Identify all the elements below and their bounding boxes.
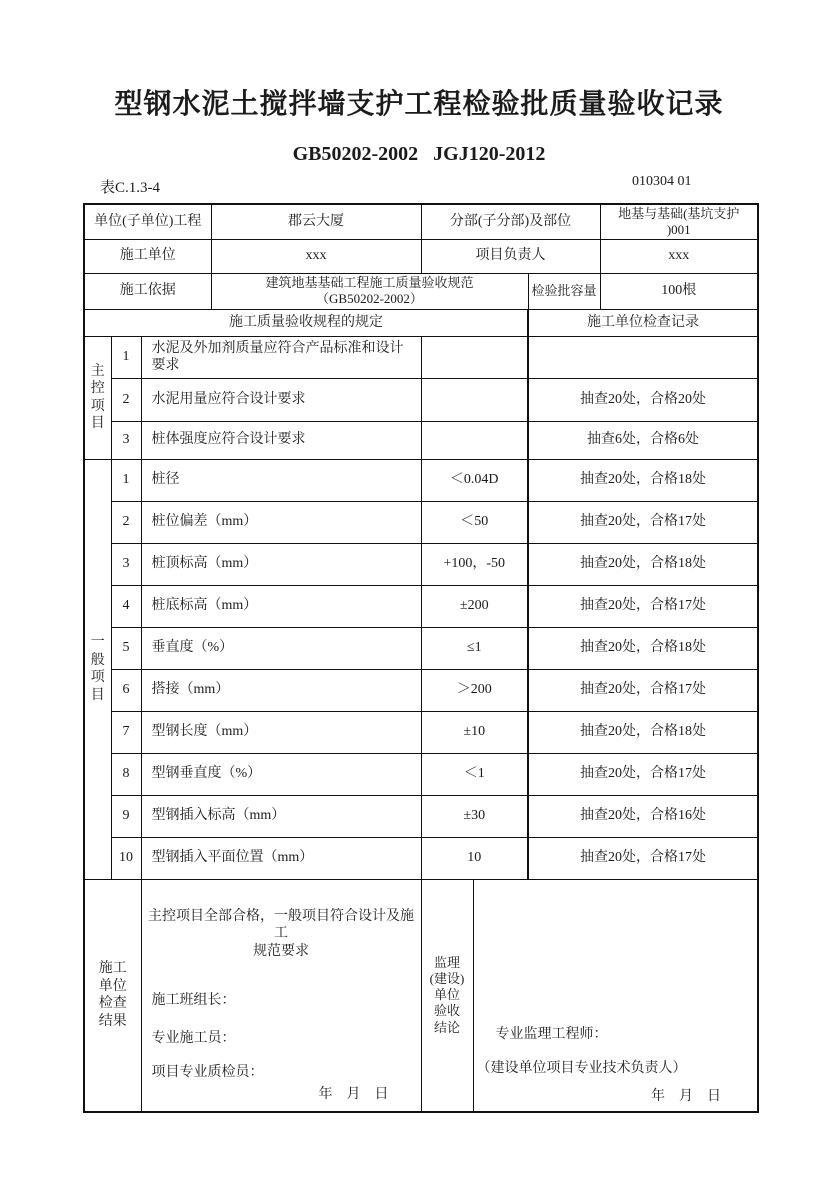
general-item-row: 5 垂直度（%） ≤1 抽查20处，合格18处 [84, 627, 758, 669]
inspection-record-table: 单位(子单位)工程 郡云大厦 分部(子分部)及部位 地基与基础(基坑支护 )00… [83, 203, 759, 1113]
footer-row: 施工 单位 检查 结果 主控项目全部合格，一般项目符合设计及施工 规范要求 施工… [84, 879, 758, 1112]
sign-tech-note: （建设单位项目专业技术负责人） [477, 1060, 687, 1078]
general-items-group-label: 一 般 项 目 [84, 459, 111, 879]
item-no: 7 [111, 711, 141, 753]
general-item-row: 一 般 项 目 1 桩径 ＜0.04D 抽查20处，合格18处 [84, 459, 758, 501]
item-text: 搭接（mm） [141, 669, 421, 711]
item-record: 抽查20处，合格18处 [528, 459, 758, 501]
manager-label: 项目负责人 [421, 239, 600, 273]
basis-label: 施工依据 [84, 273, 211, 309]
item-value: ±30 [421, 795, 528, 837]
item-text: 桩体强度应符合设计要求 [141, 421, 421, 459]
item-no: 9 [111, 795, 141, 837]
item-value: ＜0.04D [421, 459, 528, 501]
constructor-label: 施工单位 [84, 239, 211, 273]
item-no: 1 [111, 459, 141, 501]
item-value: ＜1 [421, 753, 528, 795]
item-no: 8 [111, 753, 141, 795]
item-value [421, 336, 528, 378]
item-text: 型钢垂直度（%） [141, 753, 421, 795]
main-item-row: 3 桩体强度应符合设计要求 抽查6处，合格6处 [84, 421, 758, 459]
document-page: 型钢水泥土搅拌墙支护工程检验批质量验收记录 GB50202-2002 JGJ12… [0, 0, 838, 1186]
item-no: 3 [111, 421, 141, 459]
item-value [421, 378, 528, 421]
item-no: 1 [111, 336, 141, 378]
item-record [528, 336, 758, 378]
sign-builder: 专业施工员： [152, 1030, 236, 1048]
basis-value: 建筑地基基础工程施工质量验收规范 （GB50202-2002） [211, 273, 528, 309]
general-item-row: 9 型钢插入标高（mm） ±30 抽查20处，合格16处 [84, 795, 758, 837]
manager-value: xxx [600, 239, 758, 273]
item-no: 2 [111, 378, 141, 421]
item-text: 型钢长度（mm） [141, 711, 421, 753]
item-value: ±200 [421, 585, 528, 627]
section-header-right: 施工单位检查记录 [528, 309, 758, 336]
general-item-row: 2 桩位偏差（mm） ＜50 抽查20处，合格17处 [84, 501, 758, 543]
item-text: 水泥用量应符合设计要求 [141, 378, 421, 421]
item-record: 抽查20处，合格17处 [528, 585, 758, 627]
constructor-value: xxx [211, 239, 421, 273]
main-item-row: 主 控 项 目 1 水泥及外加剂质量应符合产品标准和设计 要求 [84, 336, 758, 378]
item-value: +100，-50 [421, 543, 528, 585]
general-item-row: 4 桩底标高（mm） ±200 抽查20处，合格17处 [84, 585, 758, 627]
item-text: 水泥及外加剂质量应符合产品标准和设计 要求 [141, 336, 421, 378]
item-text: 型钢插入平面位置（mm） [141, 837, 421, 879]
item-text: 垂直度（%） [141, 627, 421, 669]
general-item-row: 3 桩顶标高（mm） +100，-50 抽查20处，合格18处 [84, 543, 758, 585]
info-row-constructor: 施工单位 xxx 项目负责人 xxx [84, 239, 758, 273]
construction-check-result-cell: 主控项目全部合格，一般项目符合设计及施工 规范要求 施工班组长： 专业施工员： … [141, 879, 421, 1112]
section-header-row: 施工质量验收规程的规定 施工单位检查记录 [84, 309, 758, 336]
date-right: 年 月 日 [651, 1088, 721, 1106]
item-value: ＞200 [421, 669, 528, 711]
item-record: 抽查20处，合格18处 [528, 543, 758, 585]
section-header-left: 施工质量验收规程的规定 [84, 309, 528, 336]
item-value: 10 [421, 837, 528, 879]
standard-codes: GB50202-2002 JGJ120-2012 [0, 143, 838, 166]
subdivision-label: 分部(子分部)及部位 [421, 204, 600, 239]
item-record: 抽查20处，合格18处 [528, 627, 758, 669]
item-record: 抽查20处，合格20处 [528, 378, 758, 421]
page-title: 型钢水泥土搅拌墙支护工程检验批质量验收记录 [0, 82, 838, 122]
item-no: 5 [111, 627, 141, 669]
item-value: ≤1 [421, 627, 528, 669]
construction-check-result-label: 施工 单位 检查 结果 [84, 879, 141, 1112]
item-record: 抽查20处，合格17处 [528, 753, 758, 795]
unit-project-label: 单位(子单位)工程 [84, 204, 211, 239]
item-no: 6 [111, 669, 141, 711]
general-item-row: 8 型钢垂直度（%） ＜1 抽查20处，合格17处 [84, 753, 758, 795]
supervision-conclusion-cell: 专业监理工程师： （建设单位项目专业技术负责人） 年 月 日 [473, 879, 758, 1112]
item-value: ±10 [421, 711, 528, 753]
sign-team-leader: 施工班组长： [152, 992, 236, 1010]
main-items-group-label: 主 控 项 目 [84, 336, 111, 459]
item-text: 桩底标高（mm） [141, 585, 421, 627]
item-record: 抽查20处，合格16处 [528, 795, 758, 837]
conclusion-text: 主控项目全部合格，一般项目符合设计及施工 规范要求 [142, 908, 421, 961]
info-row-basis: 施工依据 建筑地基基础工程施工质量验收规范 （GB50202-2002） 检验批… [84, 273, 758, 309]
item-no: 10 [111, 837, 141, 879]
item-record: 抽查6处，合格6处 [528, 421, 758, 459]
item-text: 桩位偏差（mm） [141, 501, 421, 543]
info-row-unit-project: 单位(子单位)工程 郡云大厦 分部(子分部)及部位 地基与基础(基坑支护 )00… [84, 204, 758, 239]
general-item-row: 7 型钢长度（mm） ±10 抽查20处，合格18处 [84, 711, 758, 753]
main-item-row: 2 水泥用量应符合设计要求 抽查20处，合格20处 [84, 378, 758, 421]
item-record: 抽查20处，合格17处 [528, 837, 758, 879]
batch-label: 检验批容量 [528, 273, 600, 309]
item-record: 抽查20处，合格17处 [528, 501, 758, 543]
item-text: 型钢插入标高（mm） [141, 795, 421, 837]
batch-value: 100根 [600, 273, 758, 309]
item-no: 4 [111, 585, 141, 627]
sign-supervisor: 专业监理工程师： [496, 1026, 608, 1044]
item-value: ＜50 [421, 501, 528, 543]
date-left: 年 月 日 [319, 1086, 389, 1104]
item-value [421, 421, 528, 459]
sign-inspector: 项目专业质检员： [152, 1064, 264, 1082]
supervision-conclusion-label: 监理 (建设) 单位 验收 结论 [421, 879, 473, 1112]
form-code: 010304 01 [632, 174, 692, 190]
item-record: 抽查20处，合格17处 [528, 669, 758, 711]
unit-project-value: 郡云大厦 [211, 204, 421, 239]
general-item-row: 10 型钢插入平面位置（mm） 10 抽查20处，合格17处 [84, 837, 758, 879]
general-item-row: 6 搭接（mm） ＞200 抽查20处，合格17处 [84, 669, 758, 711]
item-no: 2 [111, 501, 141, 543]
table-number: 表C.1.3-4 [100, 176, 160, 197]
item-no: 3 [111, 543, 141, 585]
item-text: 桩径 [141, 459, 421, 501]
subdivision-value: 地基与基础(基坑支护 )001 [600, 204, 758, 239]
item-record: 抽查20处，合格18处 [528, 711, 758, 753]
item-text: 桩顶标高（mm） [141, 543, 421, 585]
